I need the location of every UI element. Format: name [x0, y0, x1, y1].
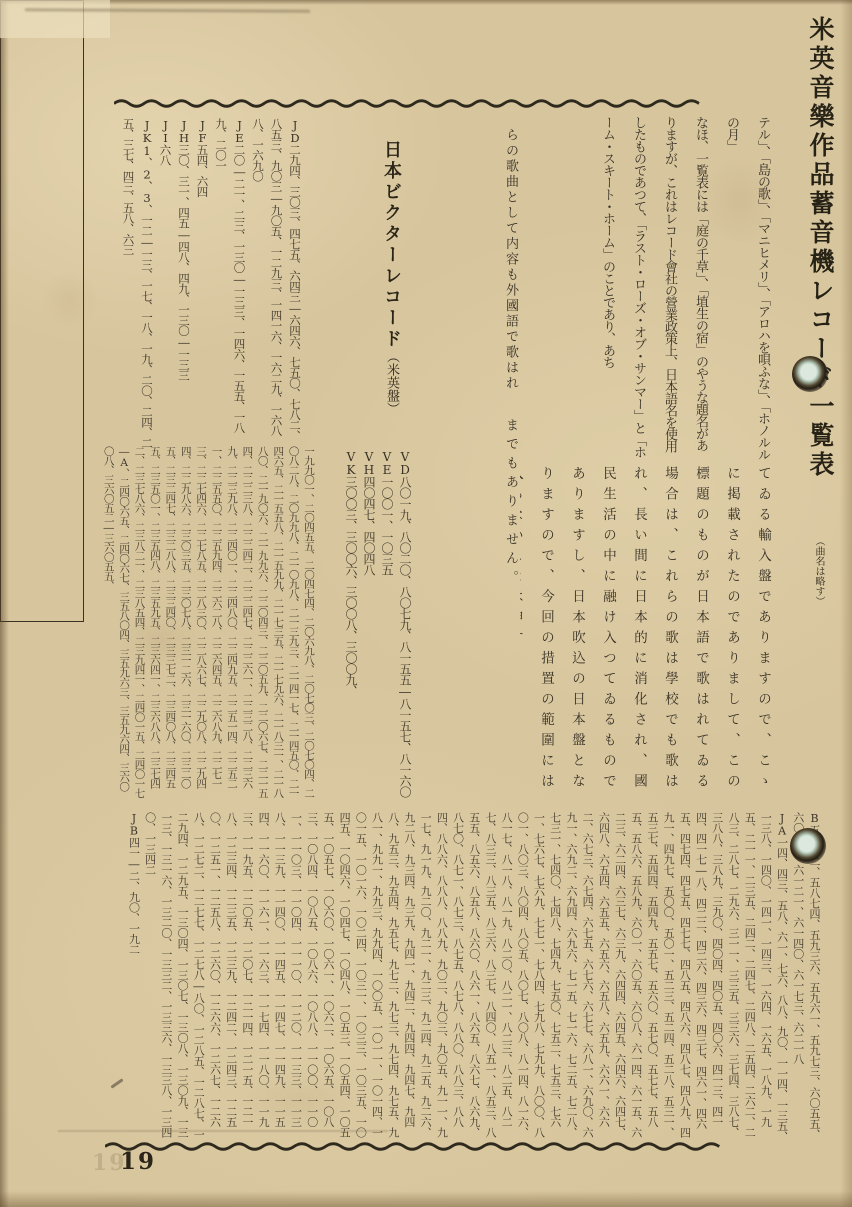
- bottom-series-list: B五八五二、五八七四、五九三六、五九六一、五九七三、六〇五五、六〇五六、六一二一…: [98, 812, 822, 1142]
- record-line-ja: JA一四、四三、五八、六一、七六、八八、九〇、一一四、一三五、一三八、一四〇、一…: [141, 812, 789, 1142]
- record-line-jd: JD二九四、三〇三、四七五、六四三―六四六、七五〇、七八二、八五三、九〇三―九〇…: [249, 118, 305, 448]
- record-prefix: JD: [288, 118, 302, 144]
- record-numbers: 四一―二、九〇、一九二: [127, 837, 140, 955]
- punch-hole-top: [792, 356, 828, 392]
- top-wavy-border: [114, 98, 714, 109]
- scanned-magazine-page: テル」、「島の歌」、「マニヒメリ」、「アロハを唄ふな」、「ホノルルの月」 なほ、…: [0, 0, 852, 1207]
- record-prefix: JK: [140, 118, 154, 144]
- record-numbers: 一四、四三、五八、六一、七六、八八、九〇、一一四、一三五、一三八、一四〇、一四一…: [144, 812, 789, 1142]
- record-line-jb: JB四一―二、九〇、一九二: [125, 812, 141, 1142]
- record-numbers: 六八: [159, 144, 173, 165]
- intro-paragraph-2: なほ、一覧表には「庭の千草」、「埴生の宿」のやうな題名がありますが、これはレコー…: [592, 116, 716, 462]
- scan-corner-patch: [0, 0, 110, 38]
- record-numbers: 三〇、三一、四五―四八、四九、一三〇―一三三: [177, 144, 191, 380]
- record-line-vd: VD八〇一九、八〇二〇、八〇七九、八一五五―八一五七、八一六〇: [396, 450, 414, 798]
- record-prefix: JF: [196, 118, 210, 144]
- record-prefix: B: [808, 812, 821, 825]
- page-number: 19: [120, 1148, 156, 1175]
- record-prefix: JE: [233, 118, 247, 144]
- record-line-vk: VK三〇〇三、三〇〇六、三〇〇八、三〇〇九、: [342, 450, 360, 798]
- bottom-wavy-border: [105, 1141, 735, 1152]
- record-numbers: 一〇〇一、一〇三五: [380, 476, 394, 575]
- record-prefix: VH: [362, 450, 376, 476]
- intro-side-column-bottom: までもありません。: [494, 418, 520, 628]
- record-numbers: 五四、六四: [196, 144, 210, 197]
- j-series-upper-list: JD二九四、三〇三、四七五、六四三―六四六、七五〇、七八二、八五三、九〇三―九〇…: [116, 118, 304, 448]
- record-numbers: 二九四、三〇三、四七五、六四三―六四六、七五〇、七八二、八五三、九〇三―九〇五、…: [251, 118, 302, 441]
- page-title-note: （曲名は略す）: [811, 536, 826, 606]
- record-line-vh: VH四〇四七、四〇四八: [360, 450, 378, 798]
- record-numbers: 八〇一九、八〇二〇、八〇七九、八一五五―八一五七、八一六〇: [398, 476, 412, 797]
- record-prefix: VK: [344, 450, 358, 476]
- record-prefix: JA: [776, 812, 789, 837]
- record-numbers: 四〇四七、四〇四八: [362, 476, 376, 575]
- title-box: 米英音樂作品蓄音機レコード一覧表 （曲名は略す）: [0, 0, 84, 622]
- victor-number-columns: 一九九〇一、二〇四五五、二〇四七四、二〇六九八、二〇七〇三、二〇七〇四、二〇八二…: [98, 446, 316, 798]
- intro-side-column-top: らの歌曲として内容も外國語で歌はれ: [494, 128, 520, 428]
- intro-paragraphs-upper: テル」、「島の歌」、「マニヒメリ」、「アロハを唄ふな」、「ホノルルの月」 なほ、…: [520, 116, 778, 462]
- page-title: 米英音樂作品蓄音機レコード一覧表: [802, 16, 838, 480]
- victor-v-series-list: VD八〇一九、八〇二〇、八〇七九、八一五五―八一五七、八一六〇 VE一〇〇一、一…: [318, 450, 414, 798]
- intro-paragraph-3: てゐる輸入盤でありますので、こゝに掲載されたのでありまして、この標題のものが日本…: [520, 466, 778, 808]
- record-prefix: JI: [159, 118, 173, 144]
- record-prefix: JB: [127, 812, 140, 837]
- record-line-jk: JK1、2、3、一二―一三、一七、一八、一九、二〇、二四、二五、三七、四三、五八…: [119, 118, 156, 448]
- record-line-je: JE二〇―二一、二三、一三〇―一三三、一四六、一五五、一八九、二〇一: [212, 118, 249, 448]
- section-name: 日本ビクターレコード: [381, 140, 402, 350]
- record-prefix: VD: [398, 450, 412, 476]
- punch-hole-bottom: [790, 828, 826, 864]
- record-line-jf: JF五四、六四: [193, 118, 212, 448]
- record-line-jh: JH三〇、三一、四五―四八、四九、一三〇―一三三: [175, 118, 194, 448]
- section-header: 日本ビクターレコード（米英盤）: [356, 140, 404, 470]
- record-numbers: 三〇〇三、三〇〇六、三〇〇八、三〇〇九、: [344, 476, 358, 696]
- record-line-ji: JI六八: [156, 118, 175, 448]
- record-numbers: 1、2、3、一二―一三、一七、一八、一九、二〇、二四、二五、三七、四三、五八、六…: [122, 118, 155, 448]
- faint-scan-line: [58, 1130, 388, 1132]
- section-note: （米英盤）: [384, 350, 399, 415]
- intro-paragraph-1: テル」、「島の歌」、「マニヒメリ」、「アロハを唄ふな」、「ホノルルの月」: [716, 116, 778, 462]
- record-prefix: VE: [380, 450, 394, 476]
- record-prefix: JH: [177, 118, 191, 144]
- record-numbers: 二〇―二一、二三、一三〇―一三三、一四六、一五五、一八九、二〇一: [214, 118, 247, 433]
- record-line-ve: VE一〇〇一、一〇三五: [378, 450, 396, 798]
- intro-paragraphs-lower: てゐる輸入盤でありますので、こゝに掲載されたのでありまして、この標題のものが日本…: [520, 466, 778, 808]
